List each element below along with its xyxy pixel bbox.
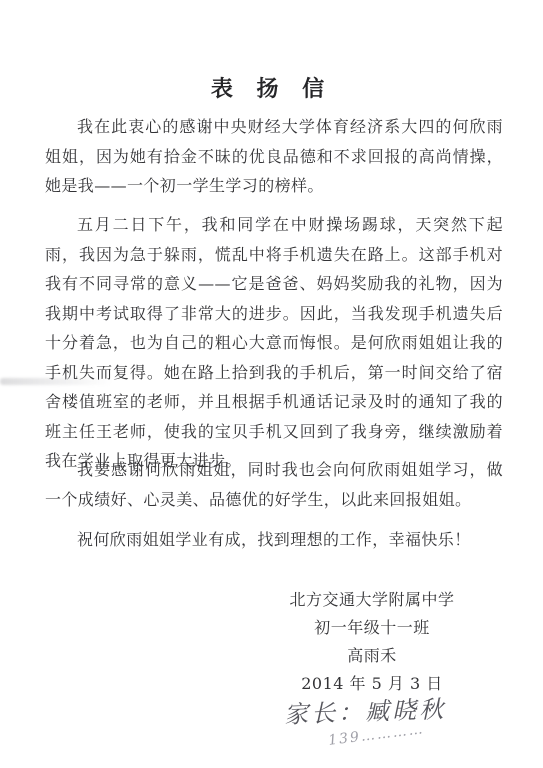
- letter-paragraph-intro: 我在此衷心的感谢中央财经大学体育经济系大四的何欣雨姐姐，因为她有拾金不昧的优良品…: [45, 112, 503, 201]
- letter-paragraph-wishes: 祝何欣雨姐姐学业有成，找到理想的工作，幸福快乐！: [45, 525, 503, 555]
- letter-paragraph-thanks: 我要感谢何欣雨姐姐，同时我也会向何欣雨姐姐学习，做一个成绩好、心灵美、品德优的好…: [45, 455, 503, 514]
- letter-paragraph-story: 五月二日下午，我和同学在中财操场踢球，天突然下起雨，我因为急于躲雨，慌乱中将手机…: [45, 210, 503, 476]
- signature-school: 北方交通大学附属中学: [262, 586, 482, 614]
- signature-block: 北方交通大学附属中学 初一年级十一班 高雨禾 2014 年 5 月 3 日: [262, 586, 482, 698]
- signature-class: 初一年级十一班: [262, 614, 482, 642]
- scanned-letter-page: 表 扬 信 我在此衷心的感谢中央财经大学体育经济系大四的何欣雨姐姐，因为她有拾金…: [0, 0, 543, 768]
- letter-title: 表 扬 信: [0, 72, 543, 103]
- scan-artifact-smudge: [0, 378, 112, 385]
- signature-student-name: 高雨禾: [262, 642, 482, 670]
